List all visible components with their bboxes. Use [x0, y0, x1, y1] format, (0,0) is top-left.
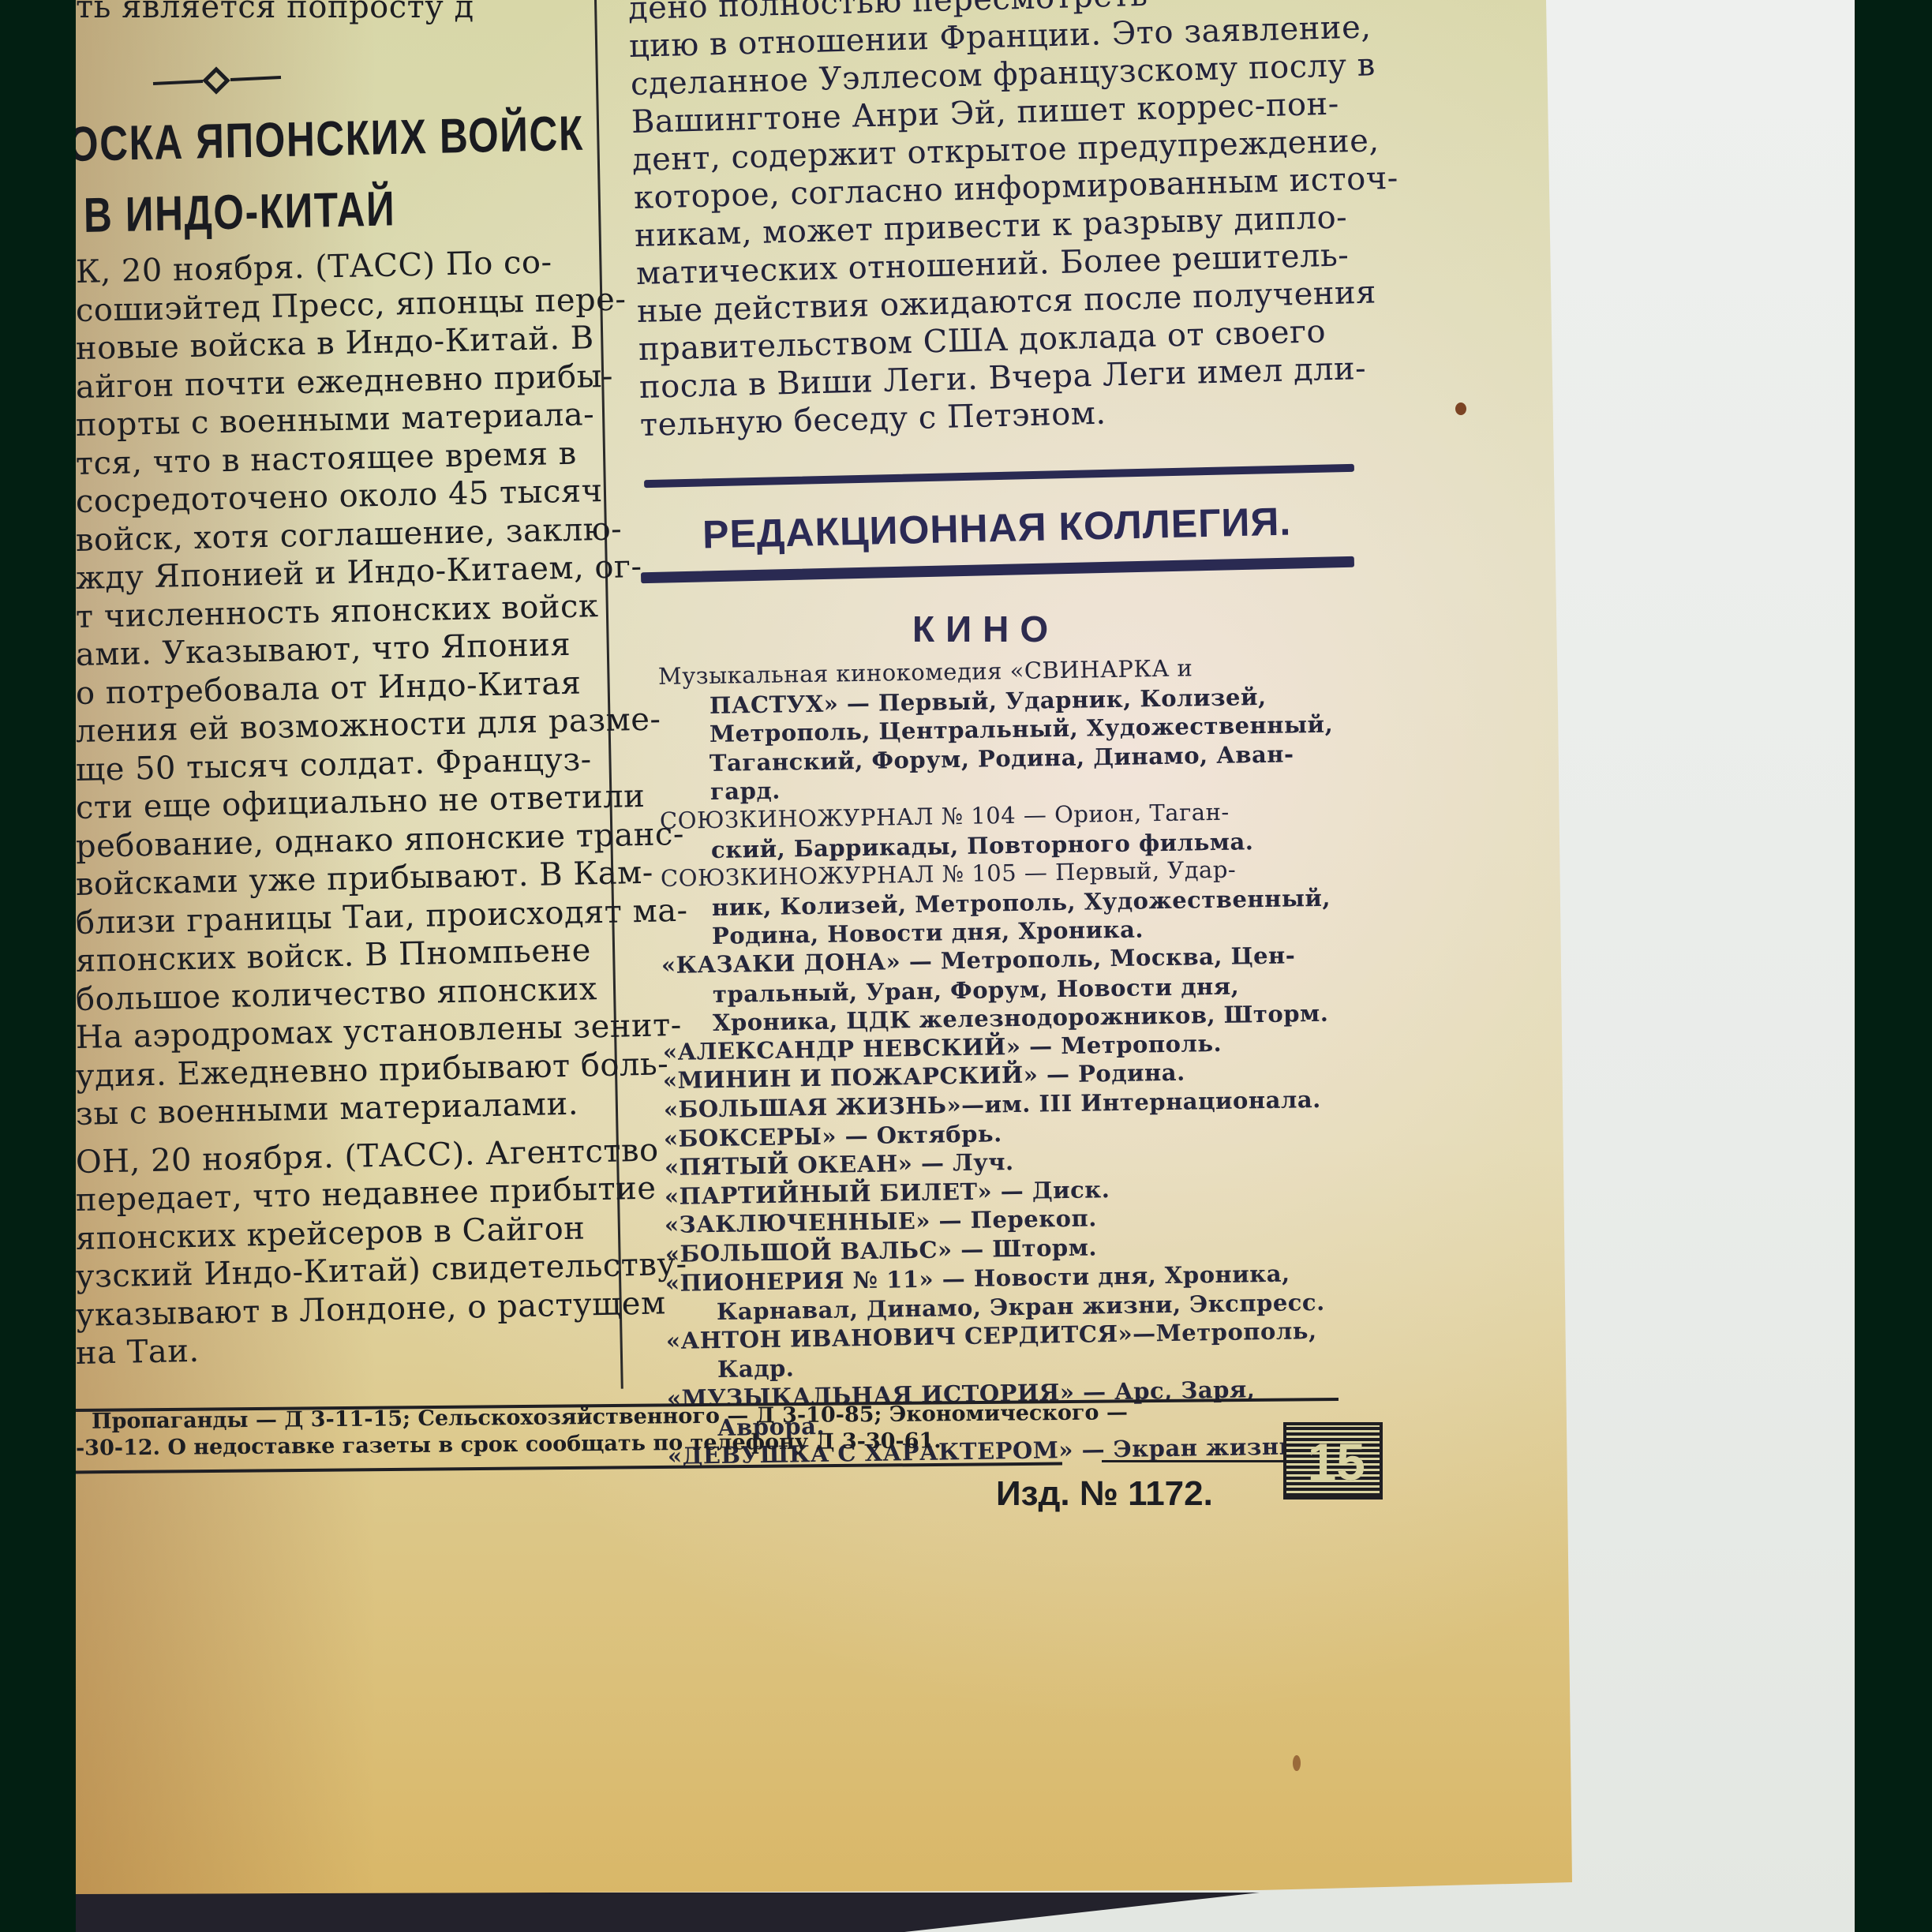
- ornament-divider-icon: [152, 65, 286, 96]
- footer-line-1: Пропаганды — Д 3-11-15; Сельскохозяйстве…: [92, 1400, 1128, 1433]
- film-listing-line: гард.: [710, 777, 781, 805]
- top-line: ть является попросту д: [76, 0, 474, 25]
- film-listing-line: «БОКСЕРЫ» — Октябрь.: [664, 1120, 1002, 1152]
- publication-number: Изд. № 1172.: [996, 1474, 1213, 1514]
- film-listing-line: ник, Колизей, Метрополь, Художественный,: [711, 884, 1331, 920]
- footer-bottom-rule-right: [1102, 1460, 1299, 1462]
- film-listing-line: «ПАРТИЙНЫЙ БИЛЕТ» — Диск.: [665, 1176, 1110, 1210]
- right-frame-border: [1855, 0, 1932, 1932]
- film-listing-line: «ПЯТЫЙ ОКЕАН» — Луч.: [664, 1148, 1013, 1181]
- article-line: К, 20 ноября. (ТАСС) По со-: [76, 244, 552, 290]
- film-listing-line: «ЗАКЛЮЧЕННЫЕ» — Перекоп.: [665, 1205, 1097, 1239]
- headline-line-2: В ИНДО-КИТАЙ: [84, 181, 396, 244]
- kino-heading: КИНО: [912, 608, 1059, 650]
- left-frame-border: [0, 0, 76, 1932]
- film-listing-line: «БОЛЬШОЙ ВАЛЬС» — Шторм.: [665, 1234, 1097, 1267]
- editorial-top-rule: [644, 464, 1354, 488]
- price-value: 15: [1308, 1432, 1365, 1492]
- price-box: 15: [1283, 1422, 1383, 1500]
- editorial-heading: РЕДАКЦИОННАЯ КОЛЛЕГИЯ.: [702, 499, 1291, 558]
- headline-line-1: ОСКА ЯПОНСКИХ ВОЙСК: [68, 106, 585, 173]
- editorial-bottom-rule: [641, 556, 1354, 584]
- paper-stain: [1455, 402, 1466, 415]
- film-listing-line: Музыкальная кинокомедия «СВИНАРКА и: [658, 654, 1193, 690]
- footer-bottom-rule: [76, 1462, 1062, 1474]
- paper-stain: [1293, 1755, 1301, 1771]
- article-line: на Таи.: [76, 1333, 200, 1372]
- film-listing-line: Кадр.: [717, 1355, 794, 1383]
- newspaper-page: ть является попросту д ОСКА ЯПОНСКИХ ВОЙ…: [76, 0, 1575, 1894]
